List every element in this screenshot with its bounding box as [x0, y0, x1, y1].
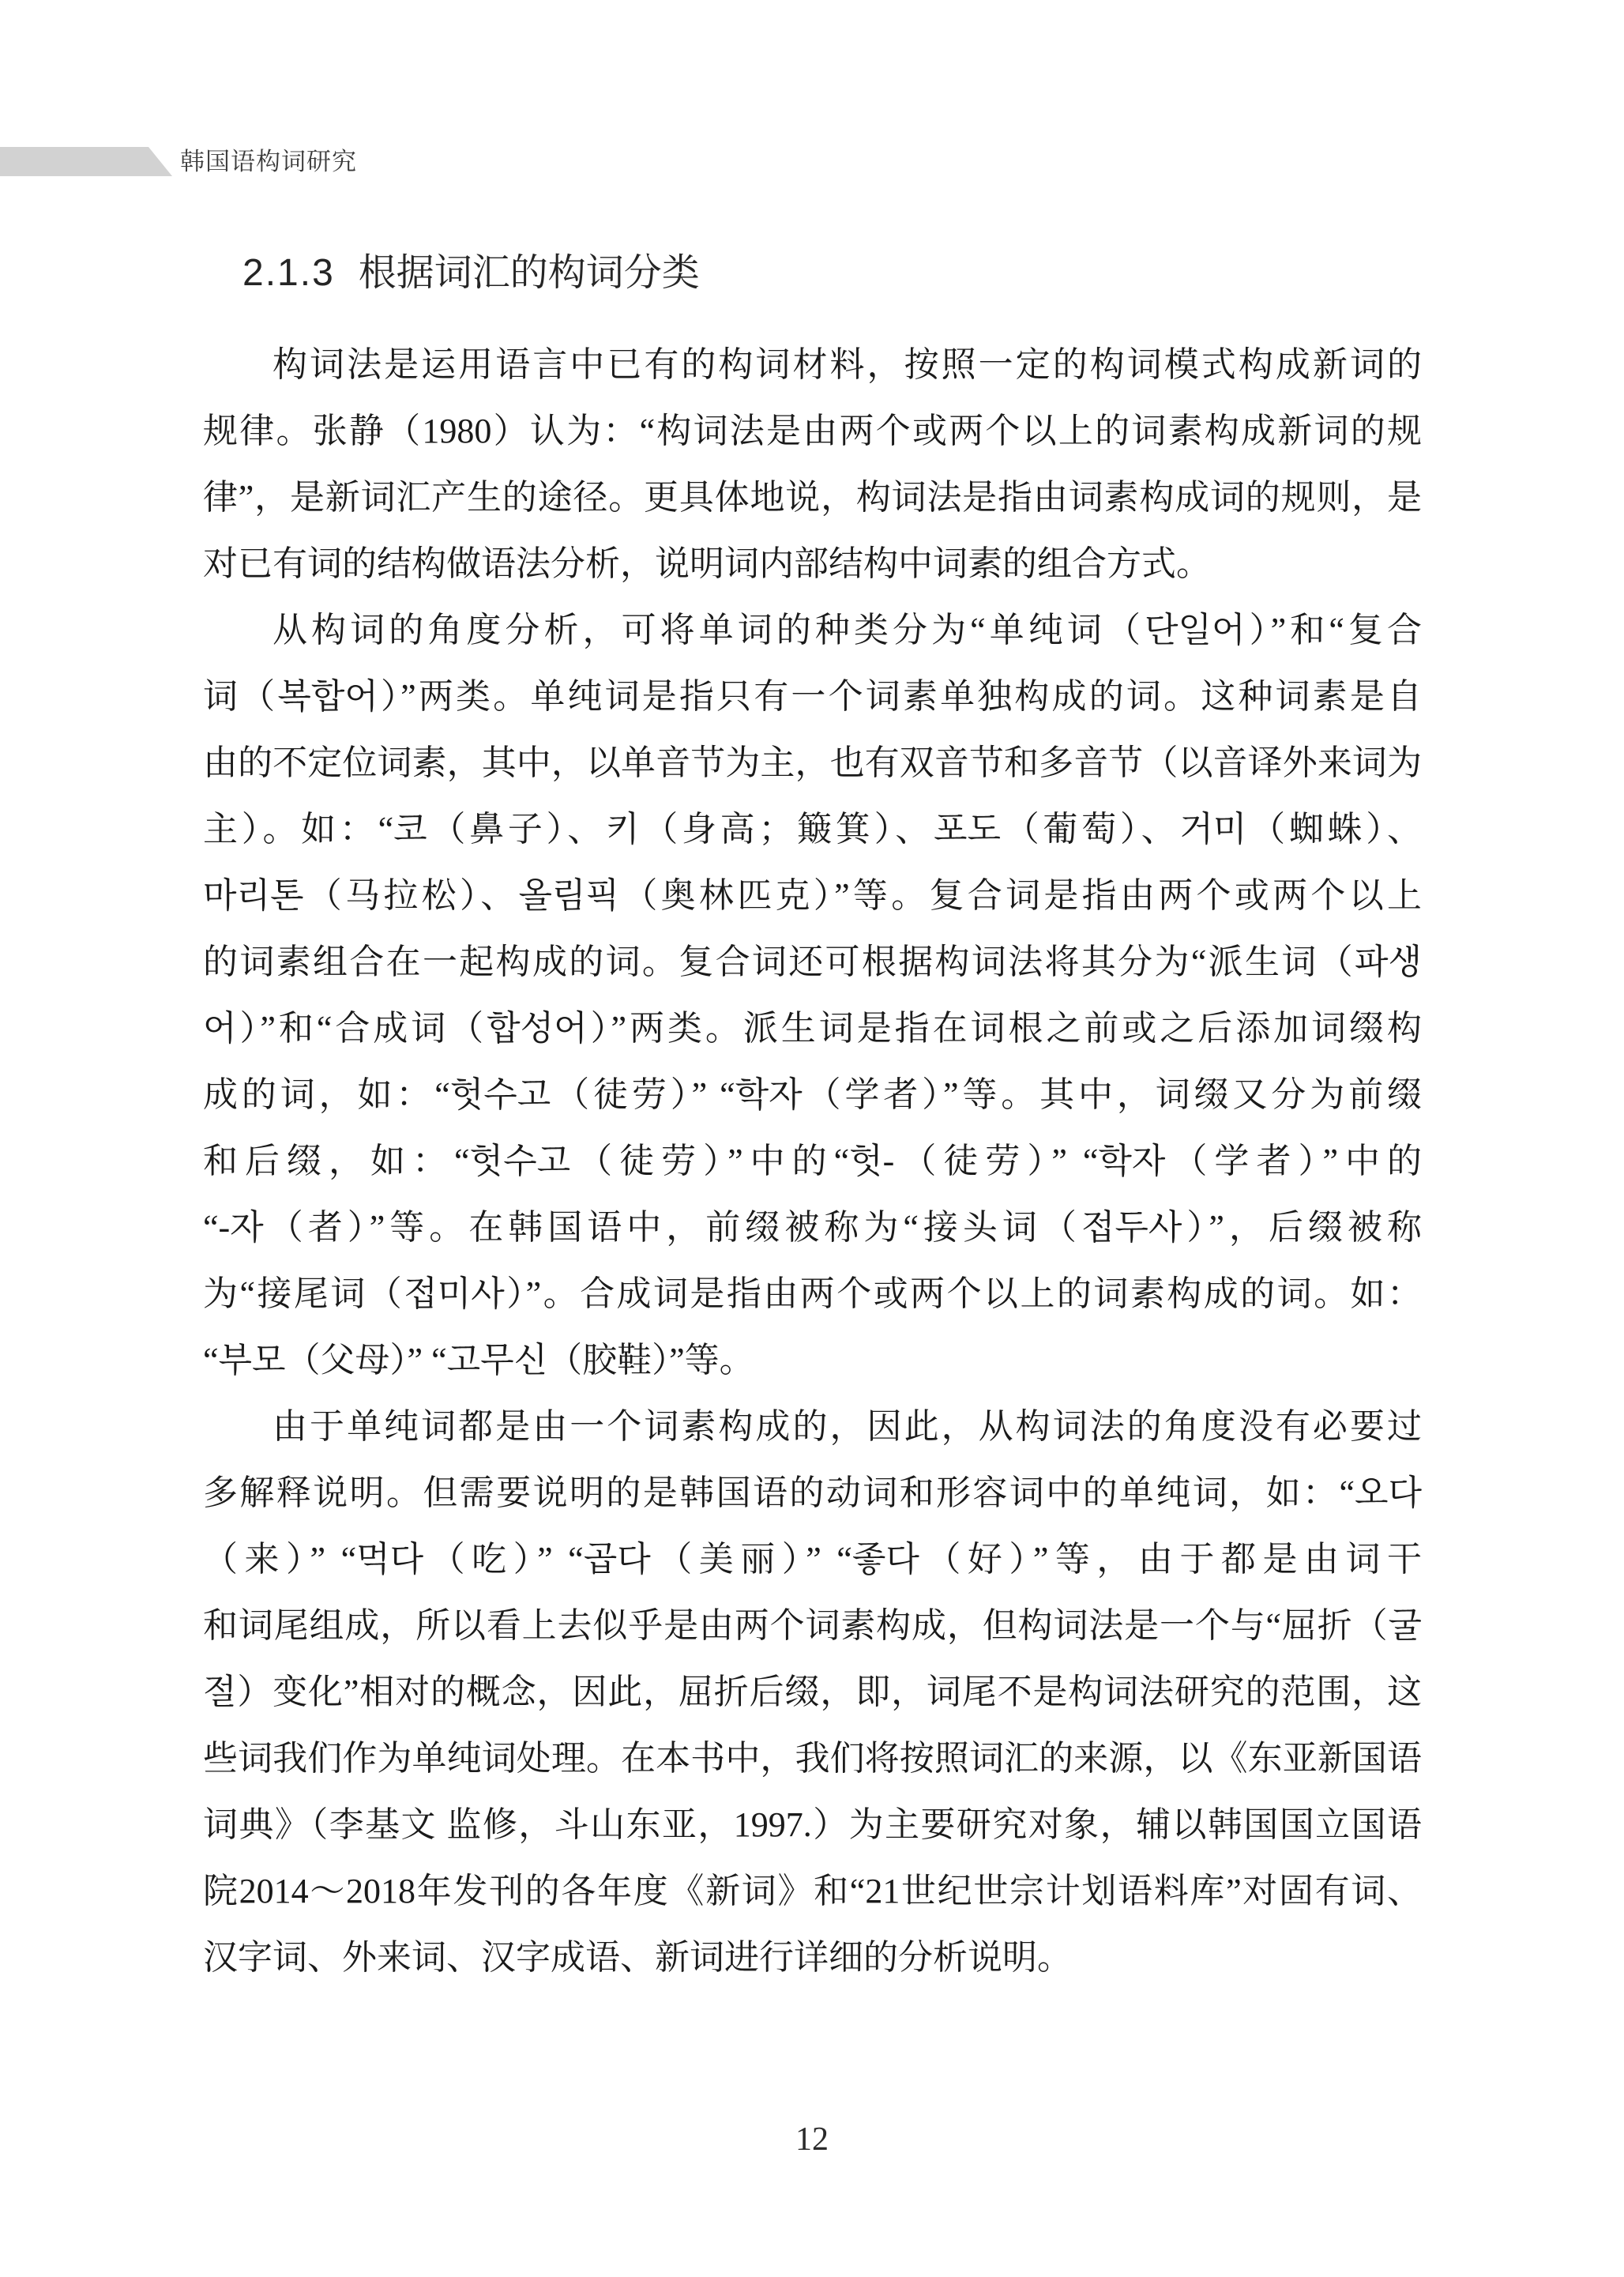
section-title-text: 根据词汇的构词分类 [359, 252, 700, 294]
text-line: 为“接尾词（접미사）”。合成词是指由两个或两个以上的词素构成的词。如： [203, 1261, 1422, 1327]
header-accent-bar [0, 147, 172, 176]
text-line: “부모（父母）” “고무신（胶鞋）”等。 [203, 1327, 1422, 1394]
section-heading: 2.1.3根据词汇的构词分类 [242, 242, 700, 296]
page-number: 12 [0, 2121, 1624, 2158]
section-number: 2.1.3 [242, 252, 335, 294]
text-line: 院2014～2018年发刊的各年度《新词》和“21世纪世宗计划语料库”对固有词、 [203, 1858, 1422, 1925]
text-line: 由于单纯词都是由一个词素构成的，因此，从构词法的角度没有必要过 [203, 1394, 1422, 1460]
text-line: 어）”和“合成词（합성어）”两类。派生词是指在词根之前或之后添加词缀构 [203, 995, 1422, 1062]
text-line: 词（복합어）”两类。单纯词是指只有一个词素单独构成的词。这种词素是自 [203, 664, 1422, 730]
text-line: 和词尾组成，所以看上去似乎是由两个词素构成，但构词法是一个与“屈折（굴 [203, 1593, 1422, 1659]
text-line: 成的词，如：“헛수고（徒劳）” “학자（学者）”等。其中，词缀又分为前缀 [203, 1062, 1422, 1128]
text-line: 由的不定位词素，其中，以单音节为主，也有双音节和多音节（以音译外来词为 [203, 730, 1422, 796]
text-line: 词典》（李基文 监修，斗山东亚，1997.）为主要研究对象，辅以韩国国立国语 [203, 1792, 1422, 1858]
text-line: 主）。如：“코（鼻子）、키（身高；簸箕）、포도（葡萄）、거미（蜘蛛）、 [203, 796, 1422, 863]
running-header-title: 韩国语构词研究 [180, 147, 357, 176]
text-line: 汉字词、外来词、汉字成语、新词进行详细的分析说明。 [203, 1925, 1422, 1991]
text-line: 多解释说明。但需要说明的是韩国语的动词和形容词中的单纯词，如：“오다 [203, 1460, 1422, 1526]
text-line: 构词法是运用语言中已有的构词材料，按照一定的构词模式构成新词的 [203, 332, 1422, 398]
text-line: 的词素组合在一起构成的词。复合词还可根据构词法将其分为“派生词（파생 [203, 929, 1422, 995]
text-line: “-자（者）”等。在韩国语中，前缀被称为“接头词（접두사）”，后缀被称 [203, 1195, 1422, 1261]
text-line: 절）变化”相对的概念，因此，屈折后缀，即，词尾不是构词法研究的范围，这 [203, 1659, 1422, 1726]
book-page: 韩国语构词研究 2.1.3根据词汇的构词分类 构词法是运用语言中已有的构词材料，… [0, 0, 1624, 2277]
text-line: （来）” “먹다（吃）” “곱다（美丽）” “좋다（好）”等，由于都是由词干 [203, 1526, 1422, 1593]
text-line: 对已有词的结构做语法分析，说明词内部结构中词素的组合方式。 [203, 531, 1422, 597]
text-line: 마리톤（马拉松）、올림픽（奥林匹克）”等。复合词是指由两个或两个以上 [203, 863, 1422, 929]
text-line: 些词我们作为单纯词处理。在本书中，我们将按照词汇的来源，以《东亚新国语 [203, 1726, 1422, 1792]
text-line: 规律。张静（1980）认为：“构词法是由两个或两个以上的词素构成新词的规 [203, 398, 1422, 465]
text-line: 和后缀，如：“헛수고（徒劳）”中的“헛-（徒劳）” “학자（学者）”中的 [203, 1128, 1422, 1195]
body-text: 构词法是运用语言中已有的构词材料，按照一定的构词模式构成新词的规律。张静（198… [203, 332, 1422, 1991]
text-line: 律”，是新词汇产生的途径。更具体地说，构词法是指由词素构成词的规则，是 [203, 465, 1422, 531]
text-line: 从构词的角度分析，可将单词的种类分为“单纯词（단일어）”和“复合 [203, 597, 1422, 664]
